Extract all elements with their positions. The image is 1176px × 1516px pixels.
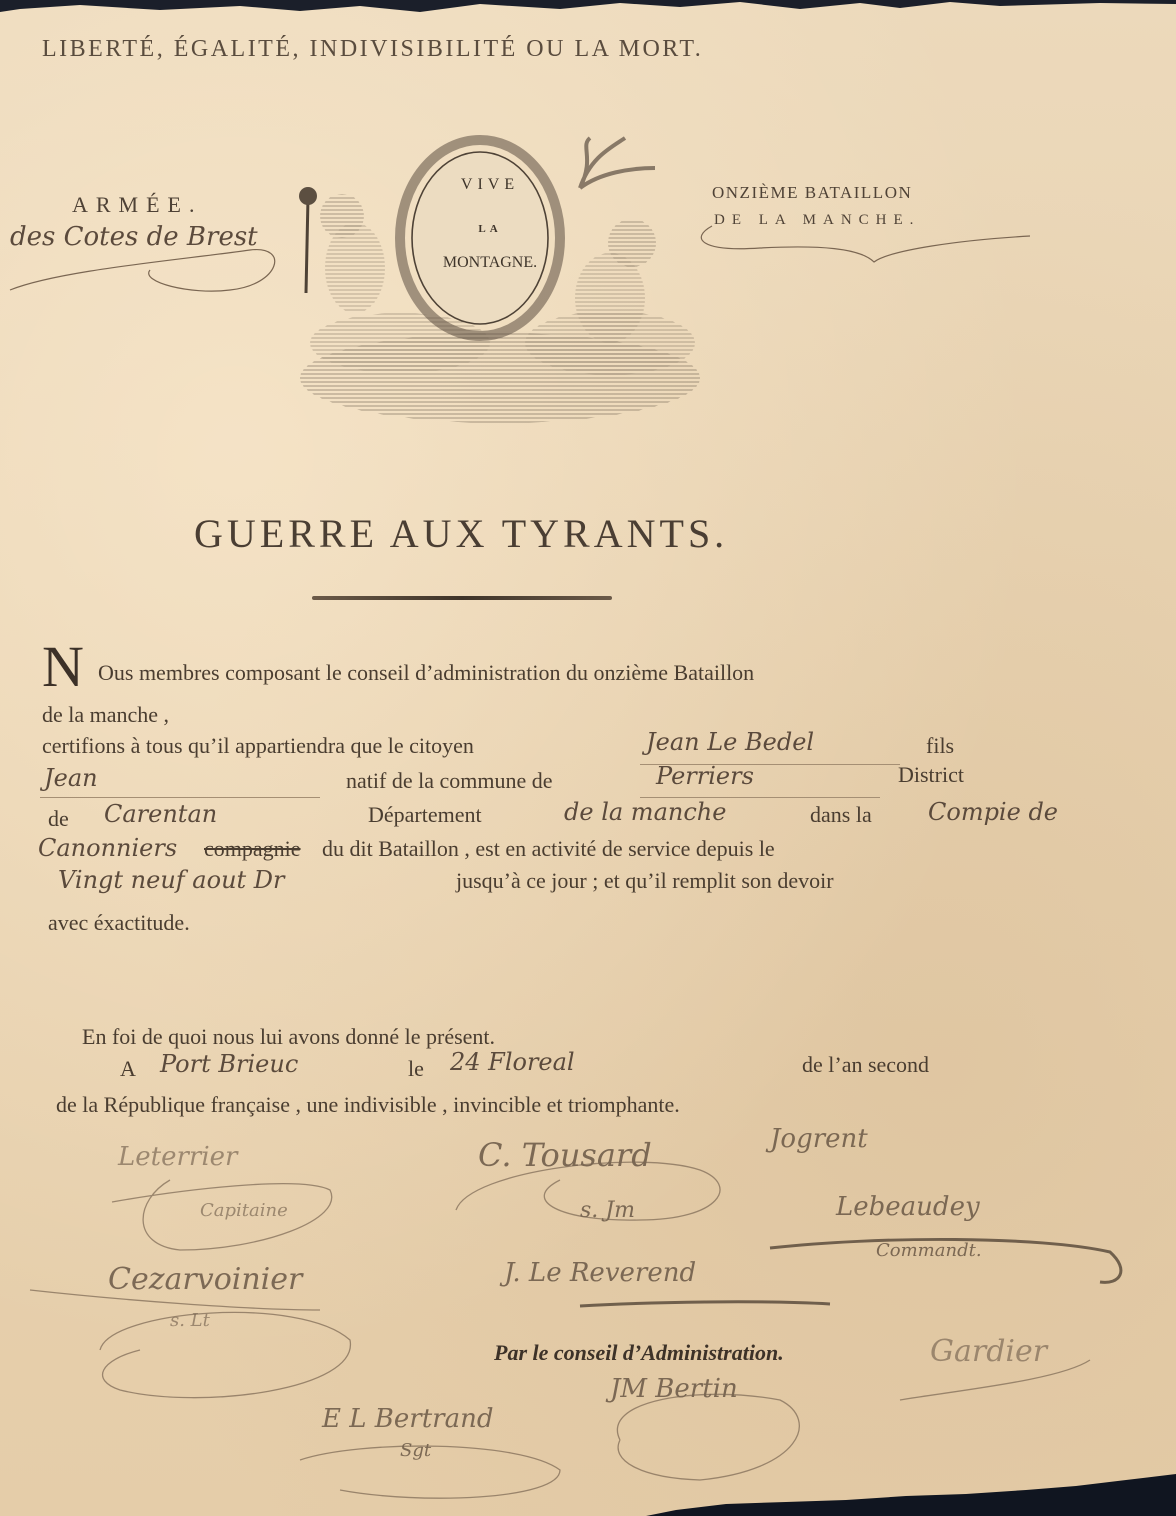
council-footer: Par le conseil d’Administration. xyxy=(494,1340,784,1366)
signature-flourishes xyxy=(0,0,1176,1516)
